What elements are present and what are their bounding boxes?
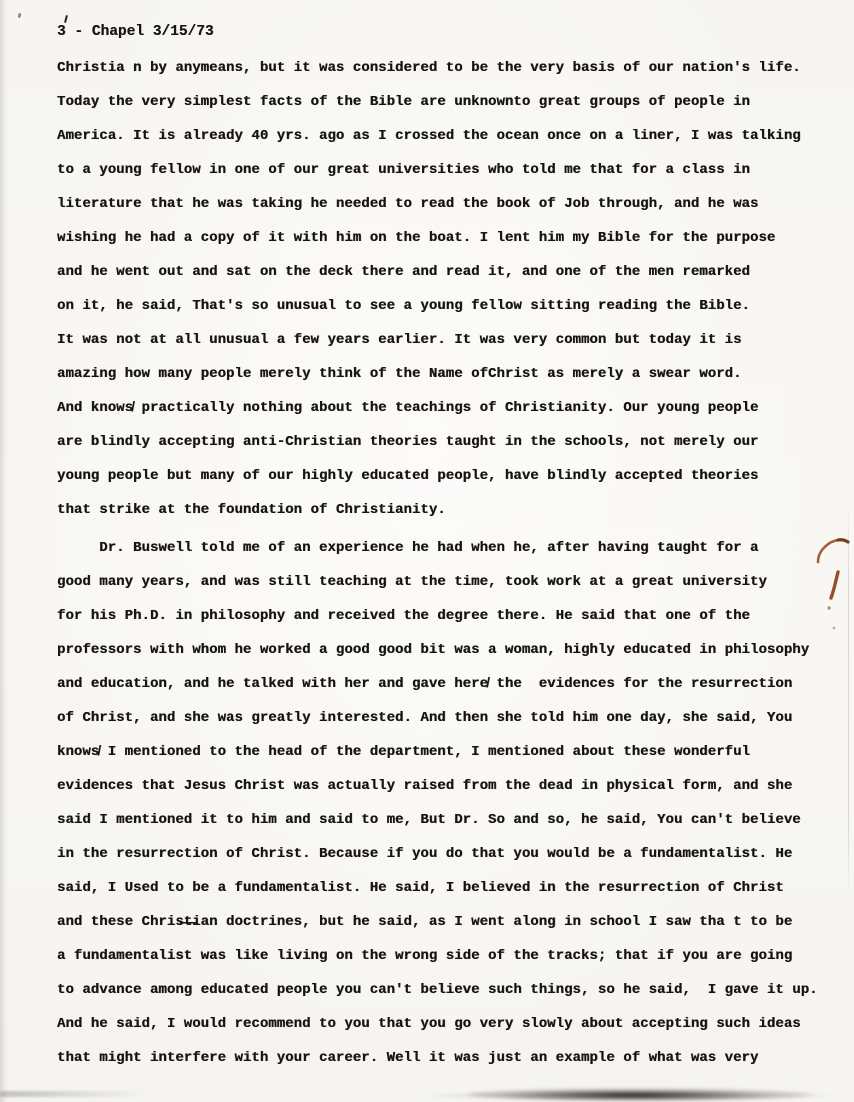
text-line: to a young fellow in one of our great un… — [57, 153, 837, 187]
text-line: a fundamentalist was like living on the … — [57, 939, 837, 973]
rust-dot-1 — [827, 606, 830, 609]
text-line: And knows̸ practically nothing about the… — [57, 391, 837, 425]
page-header: 3 - Chapel 3/15/73 — [57, 24, 214, 40]
text-line: literature that he was taking he needed … — [57, 187, 837, 221]
text-line: of Christ, and she was greatly intereste… — [57, 701, 837, 735]
text-line: to advance among educated people you can… — [57, 973, 837, 1007]
text-line: said I mentioned it to him and said to m… — [57, 803, 837, 837]
bottom-smudge — [468, 1088, 812, 1101]
text-line: young people but many of our highly educ… — [57, 459, 837, 493]
text-line: good many years, and was still teaching … — [57, 565, 837, 599]
text-line: Christia n by anymeans, but it was consi… — [57, 51, 837, 85]
document-page: 3 - Chapel 3/15/73 Christia n by anymean… — [0, 0, 854, 1102]
rust-stain-marks — [810, 520, 854, 650]
paragraph: Christia n by anymeans, but it was consi… — [57, 51, 837, 527]
text-line: And he said, I would recommend to you th… — [57, 1007, 837, 1041]
stray-tick-mark — [64, 15, 68, 23]
scan-left-edge-shadow — [0, 0, 8, 1102]
rust-hook-tip — [838, 540, 848, 542]
text-line: Today the very simplest facts of the Bib… — [57, 85, 837, 119]
paper-speck — [17, 13, 21, 19]
text-line: wishing he had a copy of it with him on … — [57, 221, 837, 255]
text-line: Dr. Buswell told me of an experience he … — [57, 531, 837, 565]
text-line: and these Chris̶t̶ian doctrines, but he … — [57, 905, 837, 939]
text-line: said, I Used to be a fundamentalist. He … — [57, 871, 837, 905]
text-line: amazing how many people merely think of … — [57, 357, 837, 391]
text-line: professors with whom he worked a good go… — [57, 633, 837, 667]
paragraph: Dr. Buswell told me of an experience he … — [57, 531, 837, 1075]
text-line: and he went out and sat on the deck ther… — [57, 255, 837, 289]
page-text: Christia n by anymeans, but it was consi… — [57, 51, 837, 1075]
text-line: are blindly accepting anti-Christian the… — [57, 425, 837, 459]
rust-stroke-mark — [831, 572, 838, 598]
text-line: on it, he said, That's so unusual to see… — [57, 289, 837, 323]
text-line: that might interfere with your career. W… — [57, 1041, 837, 1075]
rust-hook-mark — [818, 540, 848, 562]
rust-dot-2 — [833, 627, 836, 630]
text-line: in the resurrection of Christ. Because i… — [57, 837, 837, 871]
text-line: that strike at the foundation of Christi… — [57, 493, 837, 527]
text-line: America. It is already 40 yrs. ago as I … — [57, 119, 837, 153]
text-line: It was not at all unusual a few years ea… — [57, 323, 837, 357]
text-line: and education, and he talked with her an… — [57, 667, 837, 701]
text-line: for his Ph.D. in philosophy and received… — [57, 599, 837, 633]
text-line: evidences that Jesus Christ was actually… — [57, 769, 837, 803]
text-line: knows̸ I mentioned to the head of the de… — [57, 735, 837, 769]
bottom-left-streak — [0, 1091, 145, 1097]
